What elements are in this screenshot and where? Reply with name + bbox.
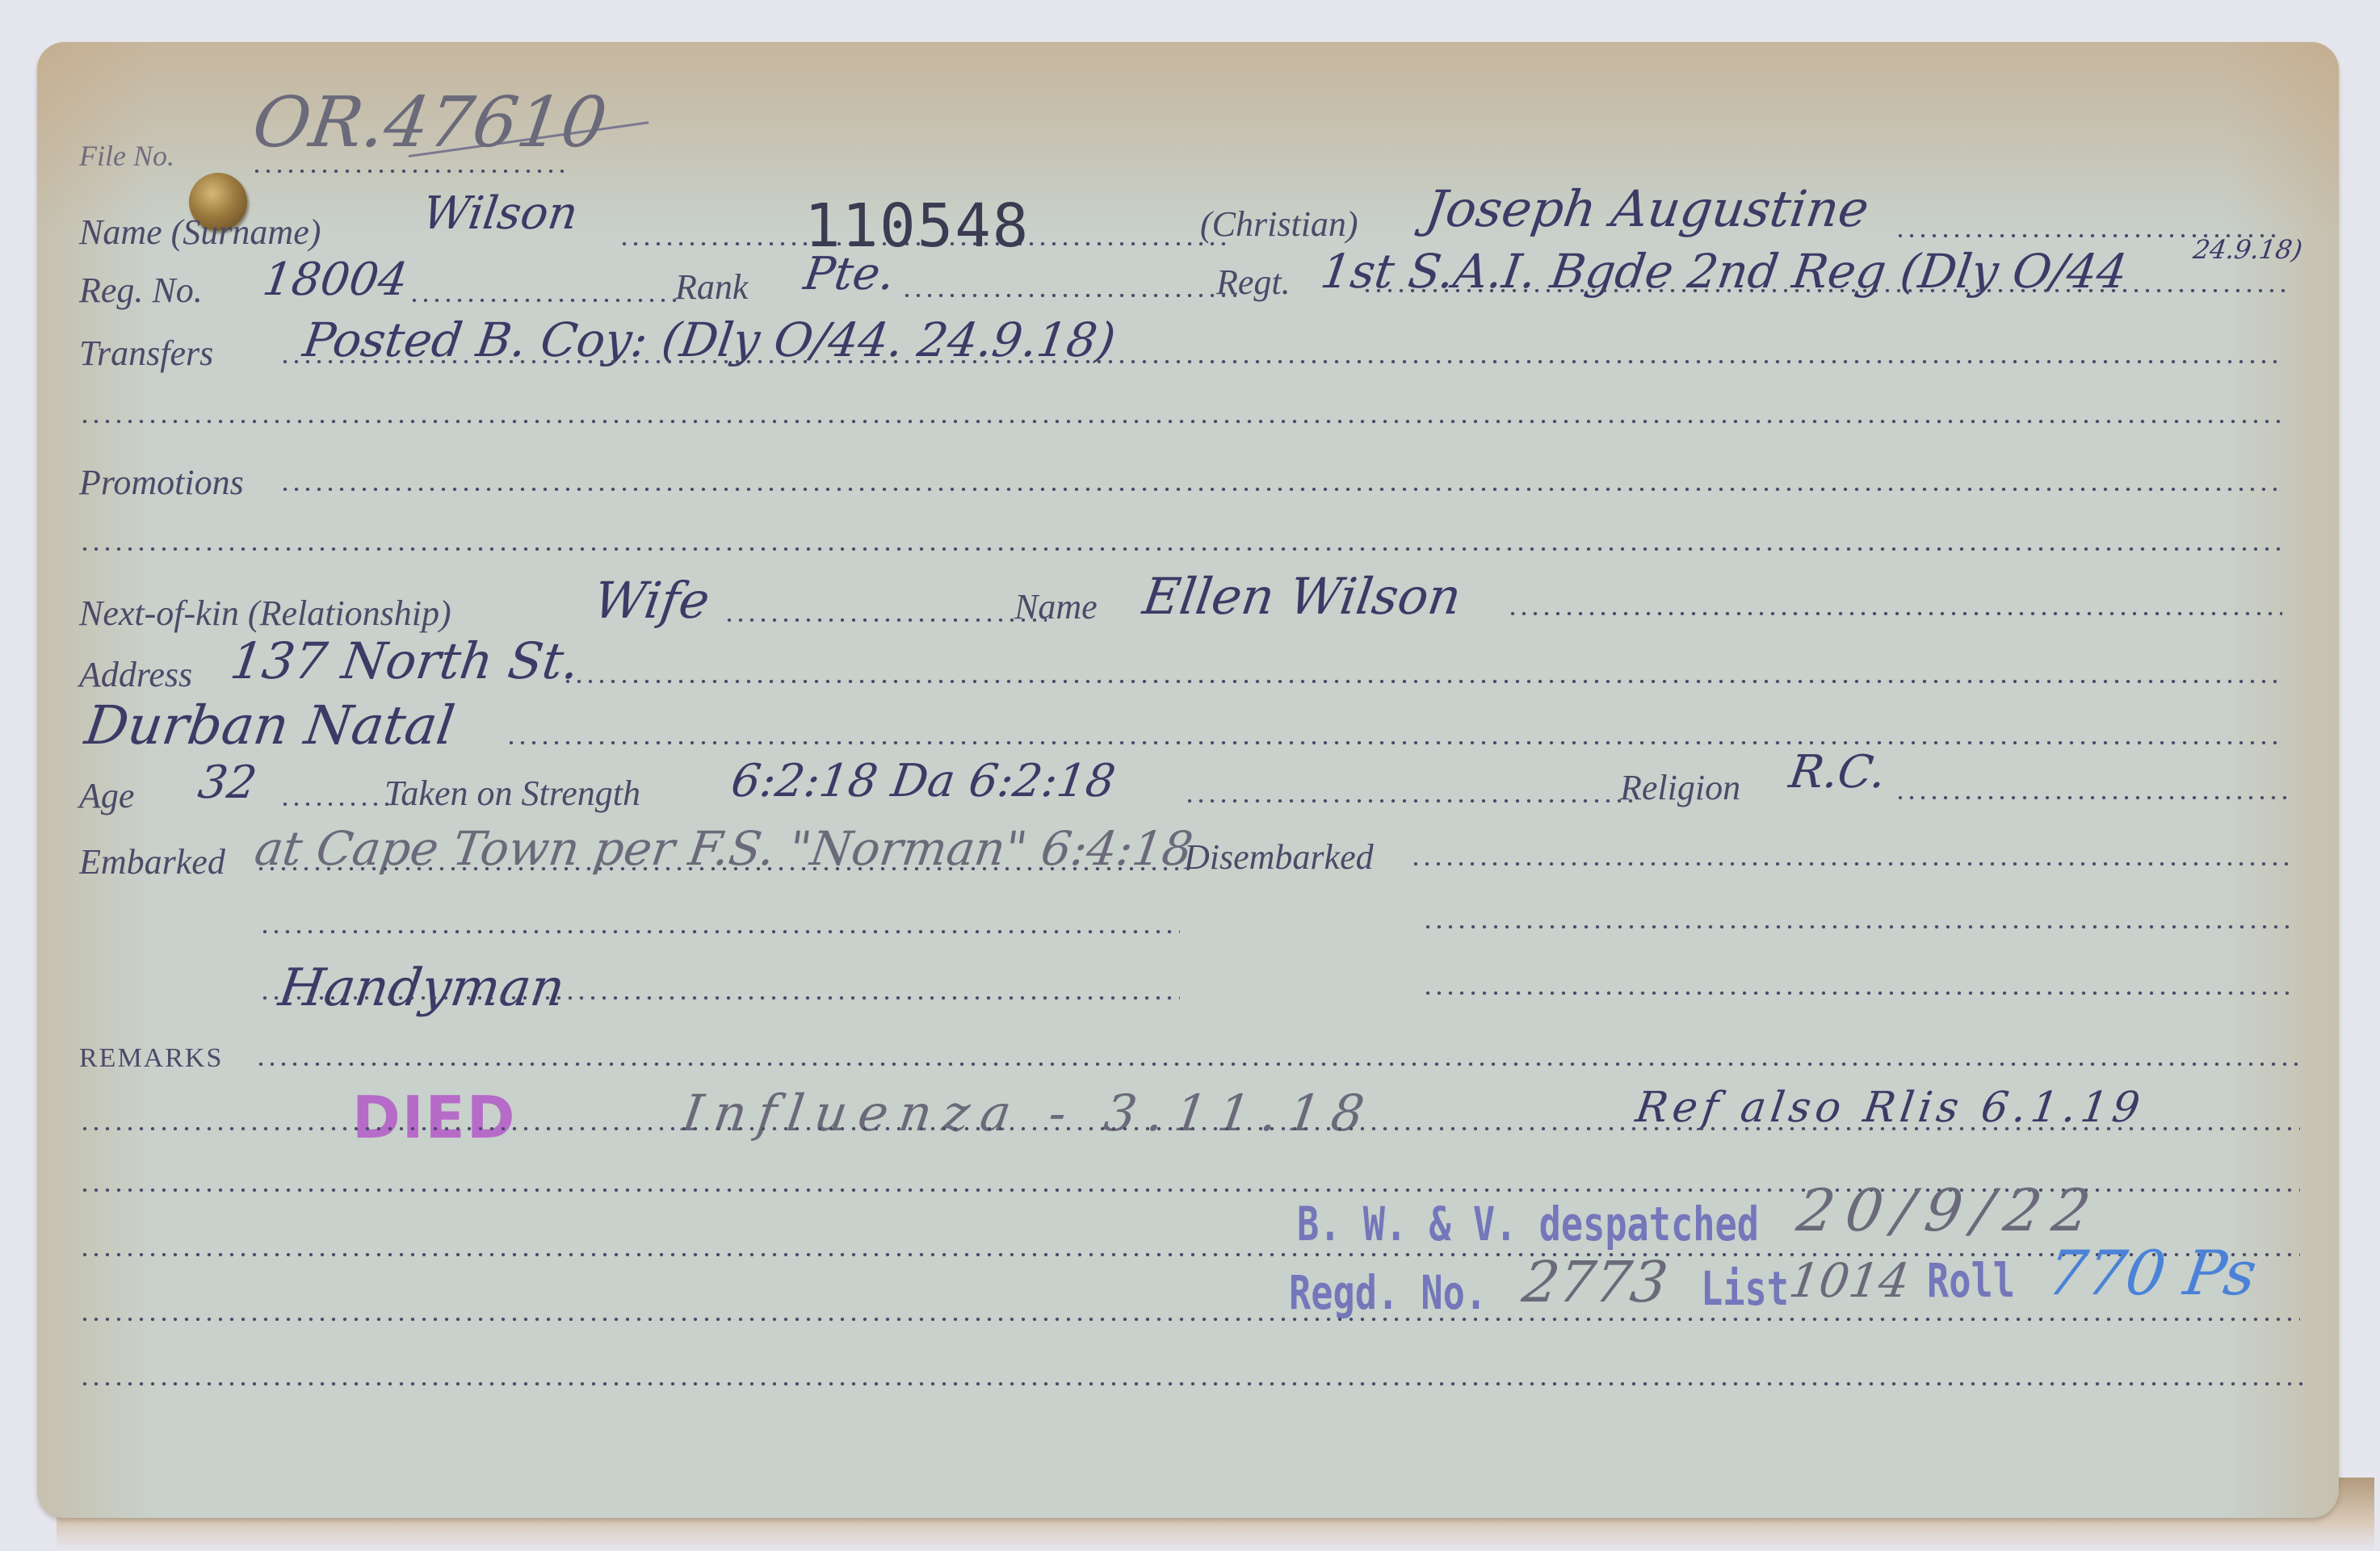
list-label: List <box>1701 1261 1789 1316</box>
religion-value: R.C. <box>1786 746 1889 799</box>
dotted-line <box>724 618 1047 622</box>
dotted-line <box>259 930 1180 933</box>
dotted-line <box>901 294 1240 297</box>
roll-value: 770 Ps <box>2043 1237 2261 1309</box>
address-label: Address <box>79 654 192 695</box>
dotted-line <box>279 488 2282 491</box>
dotted-line <box>1422 925 2294 929</box>
roll-label: Roll <box>1927 1253 2015 1308</box>
record-card: File No. OR.47610 Name (Surname) Wilson … <box>37 42 2339 1518</box>
promotions-label: Promotions <box>79 462 244 503</box>
dotted-line <box>279 360 2282 363</box>
surname-label: Name (Surname) <box>79 212 321 253</box>
dotted-line <box>506 741 2282 744</box>
dotted-line <box>1362 289 2290 292</box>
transfers-value: Posted B. Coy: (Dly O/44. 24.9.18) <box>300 312 1119 367</box>
dotted-line <box>1410 862 2290 866</box>
relationship-value: Wife <box>590 571 713 630</box>
kin-name-label: Name <box>1014 586 1098 627</box>
rank-label: Rank <box>675 266 748 308</box>
age-label: Age <box>79 775 134 816</box>
dotted-line <box>255 1063 2298 1066</box>
regt-label: Regt. <box>1216 262 1291 303</box>
christian-label: (Christian) <box>1200 203 1358 245</box>
remarks-note: Influenza - 3.11.18 <box>679 1084 1379 1142</box>
dotted-line <box>279 803 392 806</box>
dotted-line <box>79 420 2284 423</box>
regd-label: Regd. No. <box>1289 1265 1487 1320</box>
dotted-line <box>1422 991 2294 995</box>
religion-label: Religion <box>1620 767 1740 808</box>
regt-superscript: 24.9.18) <box>2191 234 2304 265</box>
dotted-line <box>562 680 2282 683</box>
bwv-label: B. W. & V. despatched <box>1297 1197 1759 1251</box>
dotted-line <box>409 299 683 302</box>
reg-no-label: Reg. No. <box>79 270 203 311</box>
dotted-line <box>259 996 1180 1000</box>
reg-no-value: 18004 <box>259 254 410 306</box>
next-of-kin-label: Next-of-kin (Relationship) <box>79 593 451 634</box>
dotted-line <box>251 170 566 173</box>
taken-on-strength-label: Taken on Strength <box>384 773 640 814</box>
dotted-line <box>79 1382 2308 1385</box>
dotted-line <box>255 867 1192 870</box>
regd-value: 2773 <box>1518 1249 1672 1315</box>
remarks-label: REMARKS <box>79 1043 223 1074</box>
kin-name-value: Ellen Wilson <box>1140 567 1465 626</box>
age-value: 32 <box>195 757 259 809</box>
dotted-line <box>1895 796 2290 799</box>
dotted-line <box>1507 612 2282 615</box>
surname-value: Wilson <box>419 187 581 240</box>
dotted-line <box>79 1318 2300 1321</box>
trade-value: Handyman <box>275 958 569 1018</box>
dotted-line <box>1184 799 1636 803</box>
file-no-label: File No. <box>79 139 174 173</box>
dotted-line <box>79 547 2284 551</box>
remarks-ref: Ref also Rlis 6.1.19 <box>1633 1084 2147 1132</box>
taken-on-strength-value: 6:2:18 Da 6:2:18 <box>728 755 1119 807</box>
list-value: 1014 <box>1786 1253 1912 1308</box>
transfers-label: Transfers <box>79 333 213 374</box>
christian-value: Joseph Augustine <box>1422 179 1873 238</box>
died-stamp: DIED <box>352 1084 517 1151</box>
file-no-value: OR.47610 <box>248 82 611 163</box>
address-line-1: 137 North St. <box>227 631 583 690</box>
bwv-date: 20/9/22 <box>1793 1176 2105 1244</box>
address-line-2: Durban Natal <box>82 694 459 757</box>
rank-value: Pte. <box>800 248 897 300</box>
embarked-label: Embarked <box>79 841 225 882</box>
disembarked-label: Disembarked <box>1184 836 1374 878</box>
dotted-line <box>79 1127 2300 1130</box>
